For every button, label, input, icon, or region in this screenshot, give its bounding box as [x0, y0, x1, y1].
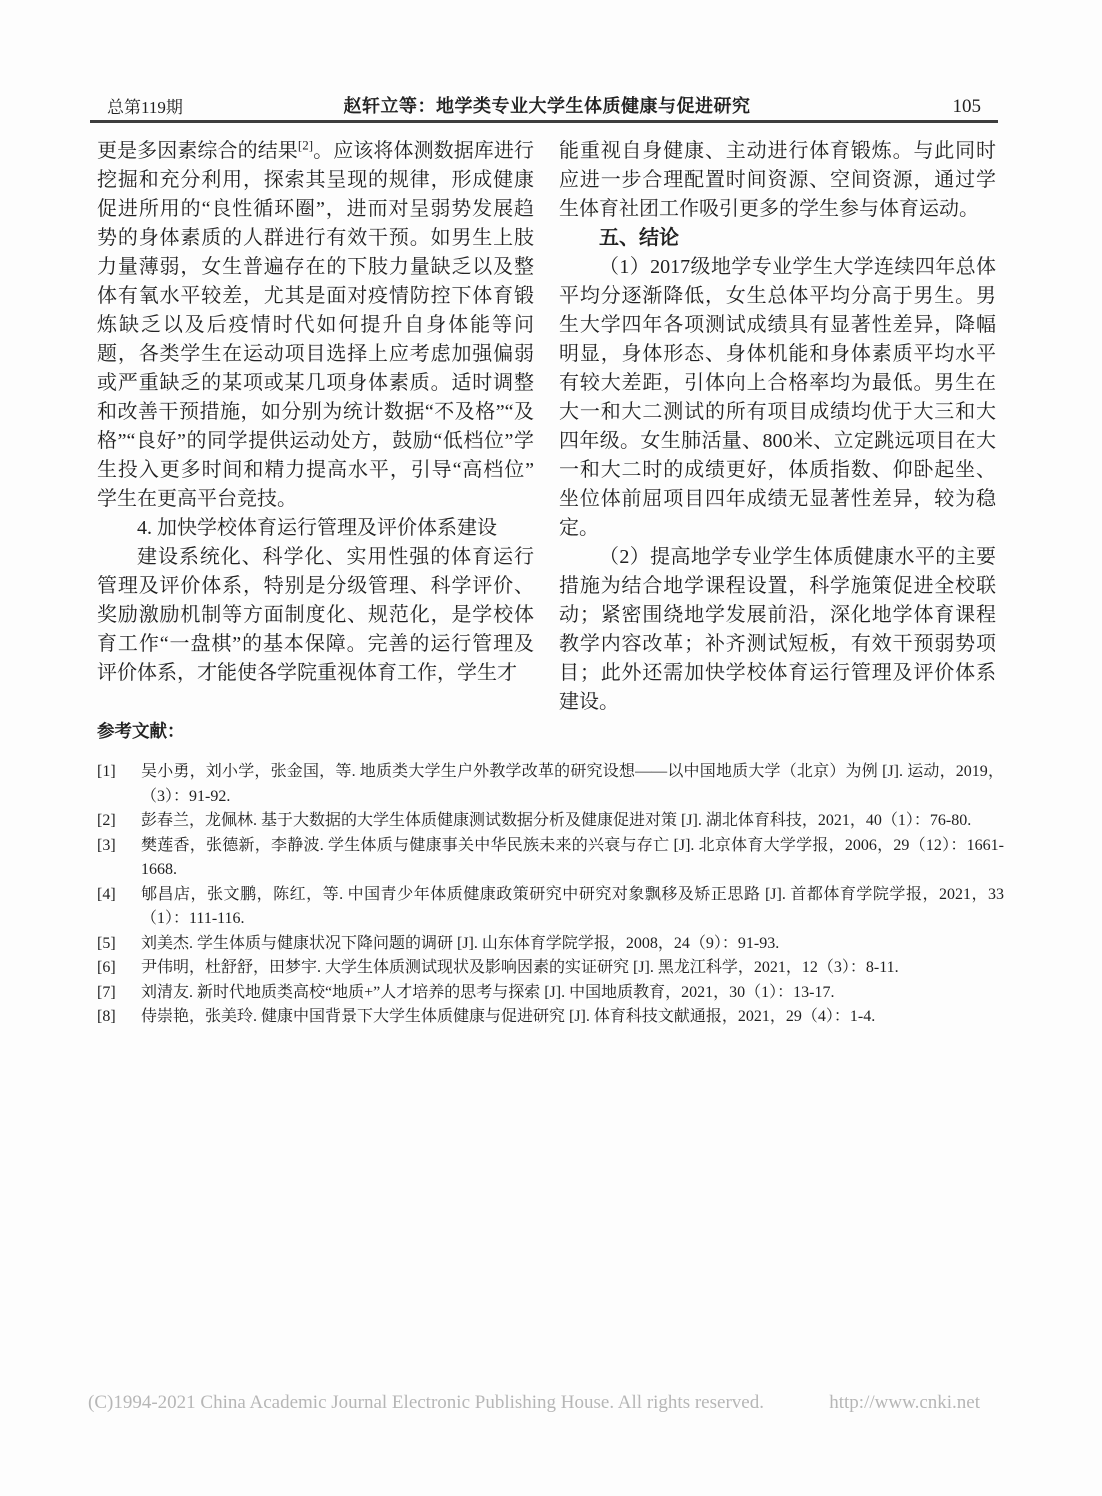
page-number: 105 — [817, 96, 997, 118]
reference-item: [1] 吴小勇，刘小学，张金国，等. 地质类大学生户外教学改革的研究设想——以中… — [97, 760, 1004, 809]
citation-superscript: [2] — [298, 137, 313, 152]
page-header: 总第119期 赵轩立等：地学类专业大学生体质健康与促进研究 105 — [97, 92, 997, 118]
reference-text: 尹伟明，杜舒舒，田梦宇. 大学生体质测试现状及影响因素的实证研究 [J]. 黑龙… — [141, 956, 1004, 981]
paragraph-continuation: 能重视自身健康、主动进行体育锻炼。与此同时应进一步合理配置时间资源、空间资源，通… — [559, 137, 996, 224]
running-title: 赵轩立等：地学类专业大学生体质健康与促进研究 — [277, 92, 817, 118]
issue-number: 总第119期 — [97, 93, 277, 118]
reference-text: 刘美杰. 学生体质与健康状况下降问题的调研 [J]. 山东体育学院学报，2008… — [141, 932, 1004, 957]
page-footer: (C)1994-2021 China Academic Journal Elec… — [88, 1392, 980, 1414]
paragraph-text: 。应该将体测数据库进行挖掘和充分利用，探索其呈现的规律，形成健康促进所用的“良性… — [97, 140, 534, 510]
paragraph-conclusion-1: （1）2017级地学专业学生大学连续四年总体平均分逐渐降低，女生总体平均分高于男… — [559, 253, 996, 543]
reference-item: [2] 彭春兰，龙佩林. 基于大数据的大学生体质健康测试数据分析及健康促进对策 … — [97, 809, 1004, 834]
body-right-column: 能重视自身健康、主动进行体育锻炼。与此同时应进一步合理配置时间资源、空间资源，通… — [559, 137, 996, 717]
reference-text: 刘清友. 新时代地质类高校“地质+”人才培养的思考与探索 [J]. 中国地质教育… — [141, 981, 1004, 1006]
subsection-heading: 4. 加快学校体育运行管理及评价体系建设 — [97, 514, 534, 543]
reference-item: [3] 樊莲香，张德新，李静波. 学生体质与健康事关中华民族未来的兴衰与存亡 [… — [97, 834, 1004, 883]
header-divider — [90, 120, 998, 123]
footer-url: http://www.cnki.net — [829, 1392, 980, 1414]
reference-text: 侍崇艳，张美玲. 健康中国背景下大学生体质健康与促进研究 [J]. 体育科技文献… — [141, 1005, 1004, 1030]
reference-item: [8] 侍崇艳，张美玲. 健康中国背景下大学生体质健康与促进研究 [J]. 体育… — [97, 1005, 1004, 1030]
reference-item: [6] 尹伟明，杜舒舒，田梦宇. 大学生体质测试现状及影响因素的实证研究 [J]… — [97, 956, 1004, 981]
section-heading-conclusion: 五、结论 — [559, 224, 996, 253]
reference-item: [7] 刘清友. 新时代地质类高校“地质+”人才培养的思考与探索 [J]. 中国… — [97, 981, 1004, 1006]
reference-number: [8] — [97, 1005, 141, 1030]
reference-number: [7] — [97, 981, 141, 1006]
reference-number: [4] — [97, 883, 141, 932]
reference-number: [5] — [97, 932, 141, 957]
journal-page: 总第119期 赵轩立等：地学类专业大学生体质健康与促进研究 105 更是多因素综… — [0, 0, 1102, 1496]
paragraph-text: 更是多因素综合的结果 — [97, 140, 298, 162]
reference-text: 彭春兰，龙佩林. 基于大数据的大学生体质健康测试数据分析及健康促进对策 [J].… — [141, 809, 1004, 834]
reference-number: [3] — [97, 834, 141, 883]
reference-text: 郇昌店，张文鹏，陈红，等. 中国青少年体质健康政策研究中研究对象飘移及矫正思路 … — [141, 883, 1004, 932]
body-left-column: 更是多因素综合的结果[2]。应该将体测数据库进行挖掘和充分利用，探索其呈现的规律… — [97, 137, 534, 717]
reference-item: [5] 刘美杰. 学生体质与健康状况下降问题的调研 [J]. 山东体育学院学报，… — [97, 932, 1004, 957]
body-columns: 更是多因素综合的结果[2]。应该将体测数据库进行挖掘和充分利用，探索其呈现的规律… — [97, 137, 997, 717]
reference-number: [6] — [97, 956, 141, 981]
paragraph-continuation: 更是多因素综合的结果[2]。应该将体测数据库进行挖掘和充分利用，探索其呈现的规律… — [97, 137, 534, 514]
reference-number: [2] — [97, 809, 141, 834]
reference-text: 吴小勇，刘小学，张金国，等. 地质类大学生户外教学改革的研究设想——以中国地质大… — [141, 760, 1004, 809]
paragraph-conclusion-2: （2）提高地学专业学生体质健康水平的主要措施为结合地学课程设置，科学施策促进全校… — [559, 543, 996, 717]
paragraph: 建设系统化、科学化、实用性强的体育运行管理及评价体系，特别是分级管理、科学评价、… — [97, 543, 534, 688]
footer-copyright: (C)1994-2021 China Academic Journal Elec… — [88, 1392, 764, 1414]
references-section: 参考文献： [1] 吴小勇，刘小学，张金国，等. 地质类大学生户外教学改革的研究… — [97, 718, 1004, 1030]
references-heading: 参考文献： — [97, 718, 1004, 743]
reference-item: [4] 郇昌店，张文鹏，陈红，等. 中国青少年体质健康政策研究中研究对象飘移及矫… — [97, 883, 1004, 932]
reference-number: [1] — [97, 760, 141, 809]
reference-text: 樊莲香，张德新，李静波. 学生体质与健康事关中华民族未来的兴衰与存亡 [J]. … — [141, 834, 1004, 883]
